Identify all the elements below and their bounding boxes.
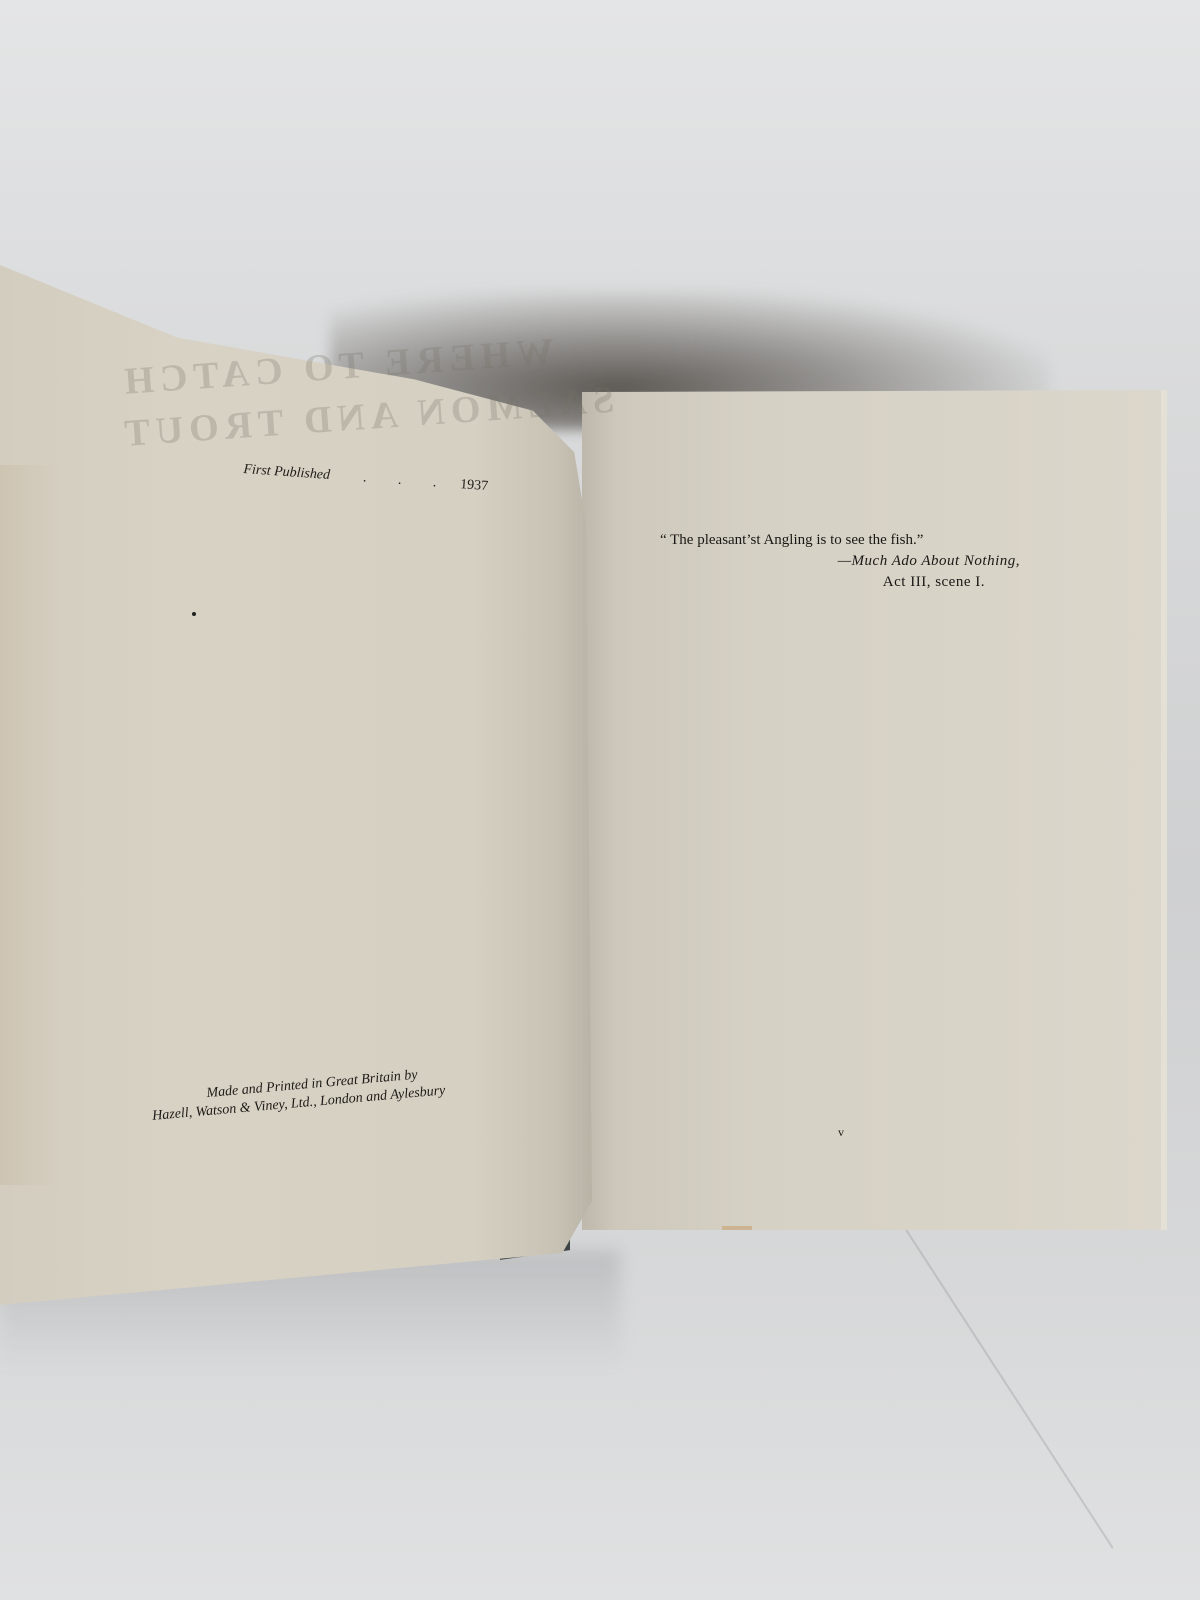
epigraph-location: Act III, scene I. <box>660 572 1020 593</box>
photo-scene: WHERE TO CATCH SALMON AND TROUT First Pu… <box>0 0 1200 1600</box>
epigraph-quote: “ The pleasant’st Angling is to see the … <box>660 530 1020 551</box>
page-stain <box>0 465 60 1185</box>
right-page <box>582 390 1167 1230</box>
publication-year: 1937 <box>460 477 489 494</box>
page-edge <box>1161 390 1167 1230</box>
table-crease <box>905 1229 1114 1549</box>
ink-speck <box>192 612 196 616</box>
page-number: v <box>838 1125 844 1140</box>
epigraph-source: —Much Ado About Nothing, <box>660 551 1020 572</box>
epigraph: “ The pleasant’st Angling is to see the … <box>660 530 1020 593</box>
foxing-mark <box>722 1226 752 1230</box>
